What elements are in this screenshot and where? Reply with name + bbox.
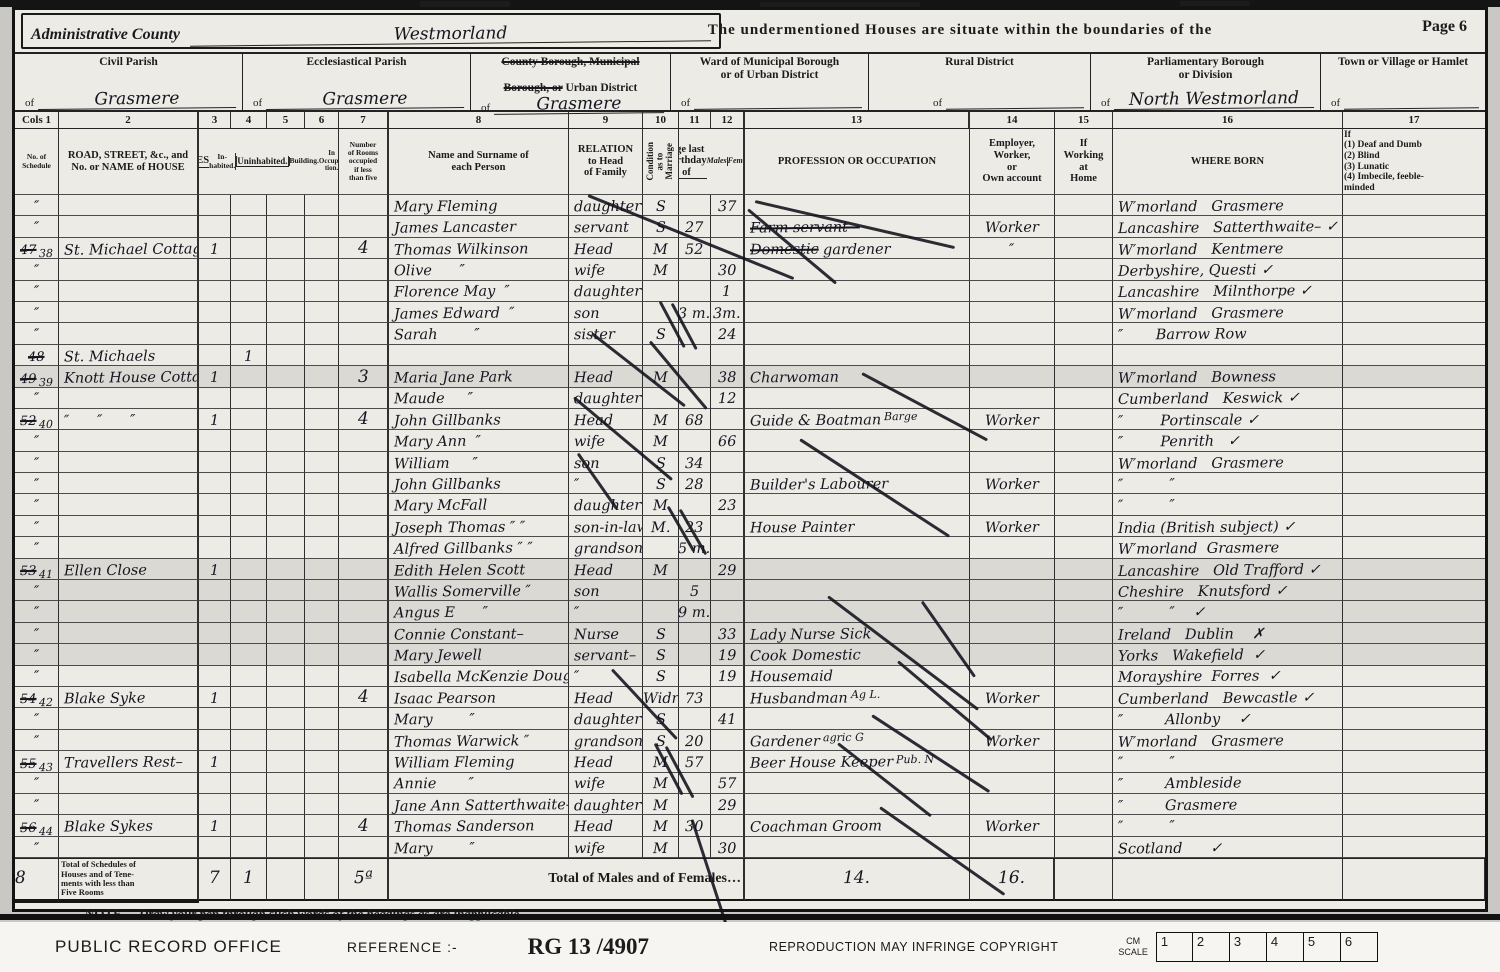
- cell-condition: [643, 580, 679, 601]
- table-row: ″Jane Ann Satterthwaite–daughterM29″ Gra…: [15, 794, 1485, 815]
- cell-building: [305, 195, 339, 216]
- header-age-group: Age last Birthday of Males Females: [679, 129, 745, 195]
- cell-building: [305, 773, 339, 794]
- cell-infirmity: [1343, 388, 1485, 409]
- cell-rooms: [339, 794, 389, 815]
- cell-occupation: [745, 388, 970, 409]
- cell-where-born: W′morland Kentmere: [1113, 238, 1343, 259]
- totals-males: 14.: [745, 859, 970, 901]
- cell-working-at-home: [1055, 601, 1113, 622]
- cell-where-born: Lancashire Old Trafford ✓: [1113, 559, 1343, 580]
- cell-age-female: [711, 601, 745, 622]
- cell-employer: [970, 388, 1055, 409]
- cm-scale-box: 5: [1304, 932, 1341, 962]
- column-number-strip: Cols 1234567891011121314151617: [15, 112, 1485, 129]
- cell-uninhabited-occupied: [231, 281, 267, 302]
- cell-age-male: [679, 794, 711, 815]
- cell-uninhabited-occupied: [231, 730, 267, 751]
- cell-infirmity: [1343, 259, 1485, 280]
- cell-working-at-home: [1055, 837, 1113, 858]
- cell-inhabited: [199, 644, 231, 665]
- cell-where-born: Cumberland Keswick ✓: [1113, 388, 1343, 409]
- cell-where-born: ″ Penrith ✓: [1113, 430, 1343, 451]
- cell-age-female: [711, 537, 745, 558]
- cell-rooms: [339, 708, 389, 729]
- cell-schedule-number: ″: [15, 430, 59, 451]
- cell-age-male: 68: [679, 409, 711, 430]
- cell-uninhabited-occupied: [231, 366, 267, 387]
- cell-uninhabited-occupied: [231, 559, 267, 580]
- cell-uninhabited-not: [267, 708, 305, 729]
- cell-house-name: [59, 516, 199, 537]
- cell-working-at-home: [1055, 473, 1113, 494]
- cell-infirmity: [1343, 302, 1485, 323]
- cell-building: [305, 815, 339, 836]
- cell-uninhabited-occupied: [231, 430, 267, 451]
- cell-infirmity: [1343, 494, 1485, 515]
- cell-house-name: [59, 601, 199, 622]
- of-label: of: [681, 97, 690, 109]
- cell-uninhabited-occupied: [231, 751, 267, 772]
- cell-uninhabited-not: [267, 773, 305, 794]
- cell-relation: ″: [569, 666, 643, 687]
- cell-occupation: Coachman Groom: [745, 815, 970, 836]
- film-edge: [0, 0, 1500, 7]
- cell-working-at-home: [1055, 302, 1113, 323]
- cell-where-born: Cheshire Knutsford ✓: [1113, 580, 1343, 601]
- totals-row: 8 Total of Schedules of Houses and of Te…: [15, 858, 1485, 903]
- page-number: Page 6: [1422, 18, 1467, 36]
- cell-house-name: [59, 494, 199, 515]
- cell-employer: [970, 366, 1055, 387]
- cell-uninhabited-occupied: [231, 494, 267, 515]
- cell-condition: M: [643, 238, 679, 259]
- cell-where-born: Lancashire Satterthwaite– ✓: [1113, 216, 1343, 237]
- cell-schedule-number: 5644: [15, 815, 59, 836]
- of-label: of: [25, 97, 34, 109]
- cell-inhabited: [199, 580, 231, 601]
- cell-infirmity: [1343, 516, 1485, 537]
- undermentioned-text: The undermentioned Houses are situate wi…: [555, 22, 1365, 39]
- header-age: Age last Birthday of: [679, 144, 707, 180]
- cell-schedule-number: ″: [15, 623, 59, 644]
- totals-rooms: 5ª: [339, 859, 389, 901]
- cell-infirmity: [1343, 559, 1485, 580]
- cell-employer: [970, 773, 1055, 794]
- cell-schedule-number: ″: [15, 516, 59, 537]
- cell-employer: Worker: [970, 516, 1055, 537]
- cell-where-born: ″ ″: [1113, 494, 1343, 515]
- cell-inhabited: 1: [199, 409, 231, 430]
- cell-uninhabited-not: [267, 687, 305, 708]
- reference-value: RG 13 /4907: [528, 934, 649, 960]
- cell-infirmity: [1343, 323, 1485, 344]
- cell-schedule-number: ″: [15, 494, 59, 515]
- table-row: ″Sarah ″sisterS24″ Barrow Row: [15, 323, 1485, 344]
- cell-rooms: [339, 494, 389, 515]
- cell-relation: wife: [569, 259, 643, 280]
- table-row: 4738St. Michael Cottage14Thomas Wilkinso…: [15, 238, 1485, 259]
- cell-working-at-home: [1055, 366, 1113, 387]
- cell-building: [305, 216, 339, 237]
- cell-where-born: Yorks Wakefield ✓: [1113, 644, 1343, 665]
- cell-condition: M: [643, 409, 679, 430]
- header-inhabited: In- habited.: [209, 153, 236, 170]
- cell-uninhabited-occupied: [231, 516, 267, 537]
- cell-relation: son: [569, 580, 643, 601]
- cm-scale-box: 1: [1156, 932, 1193, 962]
- table-body: ″Mary FlemingdaughterS37W′morland Grasme…: [15, 195, 1485, 858]
- cell-house-name: [59, 452, 199, 473]
- cell-person-name: Thomas Wilkinson: [389, 238, 569, 259]
- cell-relation: Nurse: [569, 623, 643, 644]
- ecclesiastical-parish-value: Grasmere: [266, 90, 464, 110]
- cell-where-born: ″ Barrow Row: [1113, 323, 1343, 344]
- cell-uninhabited-not: [267, 751, 305, 772]
- cell-rooms: 4: [339, 687, 389, 708]
- column-number: 14: [970, 112, 1055, 129]
- cell-occupation: [745, 559, 970, 580]
- table-row: ″Maude ″daughter12Cumberland Keswick ✓: [15, 388, 1485, 409]
- cell-uninhabited-not: [267, 259, 305, 280]
- header-employer: Employer, Worker, or Own account: [970, 129, 1055, 195]
- cm-scale-box: 6: [1341, 932, 1378, 962]
- cell-where-born: ″ Ambleside: [1113, 773, 1343, 794]
- cell-uninhabited-occupied: [231, 623, 267, 644]
- cell-rooms: [339, 516, 389, 537]
- cell-working-at-home: [1055, 238, 1113, 259]
- cell-relation: daughter: [569, 708, 643, 729]
- cell-inhabited: [199, 473, 231, 494]
- parliamentary-label: Parliamentary Borough or Division: [1095, 56, 1316, 82]
- cell-occupation: Lady Nurse Sick: [745, 623, 970, 644]
- cell-uninhabited-not: [267, 388, 305, 409]
- cell-working-at-home: [1055, 452, 1113, 473]
- cell-relation: son: [569, 302, 643, 323]
- cell-working-at-home: [1055, 623, 1113, 644]
- cell-relation: daughter: [569, 494, 643, 515]
- cell-infirmity: [1343, 537, 1485, 558]
- cell-building: [305, 666, 339, 687]
- table-row: ″Thomas Warwick ″grandsonS20Gardeneragri…: [15, 730, 1485, 751]
- form-header: Administrative County Westmorland The un…: [15, 10, 1485, 54]
- cell-person-name: Thomas Warwick ″: [389, 730, 569, 751]
- footer-strip: PUBLIC RECORD OFFICE REFERENCE :- RG 13 …: [0, 922, 1500, 972]
- cell-occupation: Cook Domestic: [745, 644, 970, 665]
- column-number: 6: [305, 112, 339, 129]
- cell-infirmity: [1343, 345, 1485, 366]
- cell-infirmity: [1343, 238, 1485, 259]
- cell-age-female: [711, 815, 745, 836]
- cell-rooms: [339, 837, 389, 858]
- table-row: ″Alfred Gillbanks ″ ″grandson5 m.W′morla…: [15, 537, 1485, 558]
- cell-schedule-number: ″: [15, 259, 59, 280]
- cell-occupation: Gardeneragric G: [745, 730, 970, 751]
- cell-relation: daughter: [569, 794, 643, 815]
- header-uninhabited: Uninhabited.: [236, 156, 288, 167]
- cell-uninhabited-occupied: [231, 238, 267, 259]
- cell-person-name: Maude ″: [389, 388, 569, 409]
- cell-house-name: [59, 302, 199, 323]
- cell-person-name: Mary Ann ″: [389, 430, 569, 451]
- cell-house-name: Blake Sykes: [59, 815, 199, 836]
- cell-relation: son-in-law: [569, 516, 643, 537]
- cell-inhabited: [199, 259, 231, 280]
- cm-scale-box: 3: [1230, 932, 1267, 962]
- cell-infirmity: [1343, 730, 1485, 751]
- cell-schedule-number: ″: [15, 601, 59, 622]
- cell-working-at-home: [1055, 430, 1113, 451]
- cell-where-born: ″ Grasmere: [1113, 794, 1343, 815]
- cell-relation: Head: [569, 815, 643, 836]
- cell-house-name: [59, 259, 199, 280]
- column-number: 17: [1343, 112, 1485, 129]
- cell-employer: [970, 494, 1055, 515]
- column-number: Cols 1: [15, 112, 59, 129]
- cell-rooms: [339, 302, 389, 323]
- cell-employer: Worker: [970, 409, 1055, 430]
- cell-infirmity: [1343, 195, 1485, 216]
- cell-schedule-number: ″: [15, 216, 59, 237]
- cell-where-born: ″ ″: [1113, 473, 1343, 494]
- cell-rooms: [339, 281, 389, 302]
- cell-occupation: [745, 430, 970, 451]
- cell-building: [305, 751, 339, 772]
- column-number: 11: [679, 112, 711, 129]
- cell-house-name: [59, 195, 199, 216]
- column-number: 16: [1113, 112, 1343, 129]
- town-village-label: Town or Village or Hamlet: [1325, 56, 1481, 69]
- of-label: of: [1331, 97, 1340, 109]
- header-houses-group: HOUSES In- habited. Uninhabited. Buildin…: [199, 129, 339, 195]
- table-row: 5543Travellers Rest–1William FlemingHead…: [15, 751, 1485, 772]
- cell-working-at-home: [1055, 516, 1113, 537]
- cell-building: [305, 601, 339, 622]
- cell-rooms: [339, 601, 389, 622]
- cell-age-female: [711, 473, 745, 494]
- cell-person-name: Sarah ″: [389, 323, 569, 344]
- cell-employer: [970, 345, 1055, 366]
- totals-building: [305, 859, 339, 901]
- cell-infirmity: [1343, 601, 1485, 622]
- cell-age-female: 30: [711, 259, 745, 280]
- cell-employer: [970, 751, 1055, 772]
- cell-employer: [970, 644, 1055, 665]
- column-number: 15: [1055, 112, 1113, 129]
- cell-where-born: W′morland Grasmere: [1113, 302, 1343, 323]
- cell-infirmity: [1343, 452, 1485, 473]
- cell-person-name: Isabella McKenzie Dougall ″: [389, 666, 569, 687]
- cell-employer: Worker: [970, 216, 1055, 237]
- cell-working-at-home: [1055, 794, 1113, 815]
- cell-age-male: [679, 259, 711, 280]
- cell-schedule-number: ″: [15, 281, 59, 302]
- cell-age-female: [711, 687, 745, 708]
- census-scan: Administrative County Westmorland The un…: [0, 0, 1500, 972]
- cell-rooms: [339, 216, 389, 237]
- cell-occupation: [745, 259, 970, 280]
- cell-schedule-number: ″: [15, 302, 59, 323]
- cell-where-born: W′morland Grasmere: [1113, 452, 1343, 473]
- cell-person-name: Isaac Pearson: [389, 687, 569, 708]
- cell-occupation: [745, 773, 970, 794]
- header-infirmity: If (1) Deaf and Dumb (2) Blind (3) Lunat…: [1343, 129, 1485, 195]
- cell-person-name: Jane Ann Satterthwaite–: [389, 794, 569, 815]
- cell-building: [305, 580, 339, 601]
- cell-infirmity: [1343, 623, 1485, 644]
- cell-working-at-home: [1055, 751, 1113, 772]
- cell-age-male: [679, 666, 711, 687]
- cell-rooms: 4: [339, 815, 389, 836]
- table-row: ″Angus E ″″9 m.″ ″ ✓: [15, 601, 1485, 622]
- cell-relation: wife: [569, 837, 643, 858]
- cell-uninhabited-occupied: [231, 195, 267, 216]
- table-row: 5341Ellen Close1Edith Helen ScottHeadM29…: [15, 559, 1485, 580]
- cell-uninhabited-occupied: [231, 601, 267, 622]
- column-number: 2: [59, 112, 199, 129]
- cell-age-female: [711, 409, 745, 430]
- cell-where-born: Derbyshire, Questi ✓: [1113, 259, 1343, 280]
- cell-building: [305, 259, 339, 280]
- cell-uninhabited-occupied: [231, 644, 267, 665]
- table-row: 5442Blake Syke14Isaac PearsonHeadWidr73H…: [15, 687, 1485, 708]
- cell-uninhabited-not: [267, 195, 305, 216]
- cell-uninhabited-not: [267, 452, 305, 473]
- cell-house-name: [59, 730, 199, 751]
- cell-inhabited: [199, 281, 231, 302]
- cell-employer: Worker: [970, 687, 1055, 708]
- civil-parish-box: Civil Parish of Grasmere: [15, 54, 243, 110]
- cell-where-born: India (British subject) ✓: [1113, 516, 1343, 537]
- cell-rooms: [339, 259, 389, 280]
- cell-rooms: [339, 559, 389, 580]
- table-row: 5240″ ″ ″14John GillbanksHeadM68Guide & …: [15, 409, 1485, 430]
- cell-condition: S: [643, 666, 679, 687]
- cell-employer: ″: [970, 238, 1055, 259]
- cell-inhabited: [199, 666, 231, 687]
- cell-age-female: 57: [711, 773, 745, 794]
- cell-uninhabited-not: [267, 366, 305, 387]
- cell-schedule-number: 5442: [15, 687, 59, 708]
- cell-working-at-home: [1055, 815, 1113, 836]
- cell-house-name: [59, 473, 199, 494]
- cell-rooms: [339, 580, 389, 601]
- cell-condition: M: [643, 794, 679, 815]
- cell-age-female: 19: [711, 666, 745, 687]
- header-females: Females: [728, 157, 745, 166]
- cell-building: [305, 302, 339, 323]
- cell-uninhabited-occupied: [231, 666, 267, 687]
- cell-condition: S: [643, 623, 679, 644]
- cm-scale-box: 4: [1267, 932, 1304, 962]
- cell-infirmity: [1343, 430, 1485, 451]
- cell-uninhabited-occupied: 1: [231, 345, 267, 366]
- cell-schedule-number: ″: [15, 388, 59, 409]
- cell-condition: M: [643, 815, 679, 836]
- cell-employer: [970, 623, 1055, 644]
- cell-where-born: W′morland Grasmere: [1113, 537, 1343, 558]
- cell-inhabited: 1: [199, 559, 231, 580]
- cell-working-at-home: [1055, 666, 1113, 687]
- cell-occupation: [745, 302, 970, 323]
- cell-building: [305, 623, 339, 644]
- cell-uninhabited-not: [267, 730, 305, 751]
- cell-infirmity: [1343, 773, 1485, 794]
- header-name: Name and Surname of each Person: [389, 129, 569, 195]
- cell-age-male: [679, 623, 711, 644]
- cell-age-female: 24: [711, 323, 745, 344]
- cell-working-at-home: [1055, 323, 1113, 344]
- cell-rooms: [339, 773, 389, 794]
- cell-uninhabited-occupied: [231, 302, 267, 323]
- cell-employer: [970, 601, 1055, 622]
- cell-infirmity: [1343, 216, 1485, 237]
- cell-age-male: 5: [679, 580, 711, 601]
- header-road: ROAD, STREET, &c., and No. or NAME of HO…: [59, 129, 199, 195]
- cell-house-name: Travellers Rest–: [59, 751, 199, 772]
- cell-rooms: 3: [339, 366, 389, 387]
- cell-infirmity: [1343, 473, 1485, 494]
- cell-uninhabited-not: [267, 837, 305, 858]
- cell-uninhabited-not: [267, 409, 305, 430]
- cell-where-born: W′morland Grasmere: [1113, 730, 1343, 751]
- cell-employer: [970, 302, 1055, 323]
- table-row: ″Annie ″wifeM57″ Ambleside: [15, 773, 1485, 794]
- cell-uninhabited-not: [267, 323, 305, 344]
- table-row: ″Isabella McKenzie Dougall ″″S19Housemai…: [15, 666, 1485, 687]
- cell-schedule-number: ″: [15, 195, 59, 216]
- cell-house-name: [59, 837, 199, 858]
- cell-person-name: Thomas Sanderson: [389, 815, 569, 836]
- cell-age-male: [679, 837, 711, 858]
- cell-building: [305, 281, 339, 302]
- column-number: 3: [199, 112, 231, 129]
- cell-condition: Widr: [643, 687, 679, 708]
- cell-infirmity: [1343, 751, 1485, 772]
- cell-rooms: [339, 430, 389, 451]
- cell-occupation: Beer House KeeperPub. N: [745, 751, 970, 772]
- table-row: 4939Knott House Cottage13Maria Jane Park…: [15, 366, 1485, 387]
- cell-house-name: [59, 537, 199, 558]
- cell-person-name: Angus E ″: [389, 601, 569, 622]
- cell-working-at-home: [1055, 730, 1113, 751]
- cell-inhabited: [199, 623, 231, 644]
- cell-person-name: Mary ″: [389, 837, 569, 858]
- cell-condition: S: [643, 195, 679, 216]
- cell-employer: [970, 559, 1055, 580]
- cell-age-female: 38: [711, 366, 745, 387]
- cell-inhabited: [199, 730, 231, 751]
- cell-working-at-home: [1055, 559, 1113, 580]
- cell-occupation: [745, 452, 970, 473]
- cell-working-at-home: [1055, 281, 1113, 302]
- cell-where-born: ″ ″ ✓: [1113, 601, 1343, 622]
- cell-rooms: [339, 730, 389, 751]
- cell-house-name: [59, 388, 199, 409]
- cell-occupation: [745, 345, 970, 366]
- cell-age-male: 73: [679, 687, 711, 708]
- cell-house-name: [59, 580, 199, 601]
- header-condition: Condition as to Marriage: [643, 129, 679, 195]
- cell-uninhabited-not: [267, 601, 305, 622]
- cell-building: [305, 409, 339, 430]
- cell-age-male: [679, 430, 711, 451]
- totals-occupation: [1055, 859, 1113, 901]
- cell-inhabited: [199, 345, 231, 366]
- column-number: 5: [267, 112, 305, 129]
- cell-age-male: [679, 559, 711, 580]
- cell-relation: grandson: [569, 537, 643, 558]
